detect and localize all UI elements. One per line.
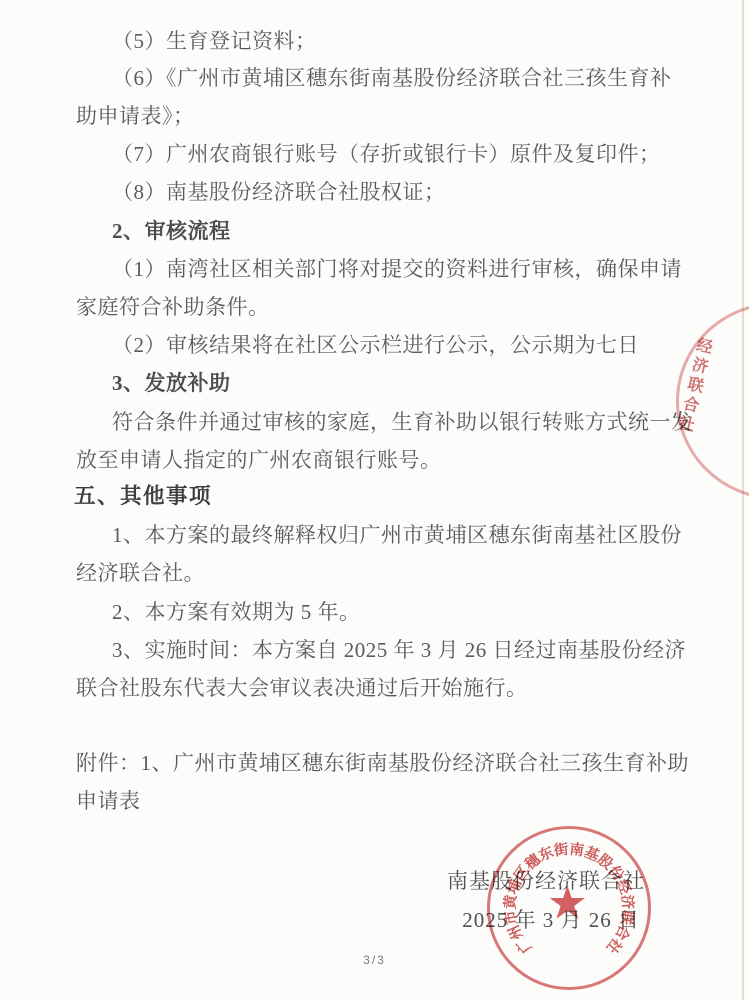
doc-line: （5）生育登记资料； [112,27,317,55]
doc-line: 2、本方案有效期为 5 年。 [112,598,361,626]
doc-line: 3、实施时间：本方案自 2025 年 3 月 26 日经过南基股份经济 [112,636,686,664]
page-number: 3/3 [0,953,749,967]
doc-subheading: 2、审核流程 [112,217,231,245]
doc-subheading: 3、发放补助 [112,369,231,397]
document-page: （5）生育登记资料； （6）《广州市黄埔区穗东街南基股份经济联合社三孩生育补 助… [0,0,749,1000]
doc-attachment-line: 申请表 [76,787,141,815]
official-seal: 广州市黄埔区穗东街南基股份经济联合社 ★ [487,826,651,990]
doc-line: （1）南湾社区相关部门将对提交的资料进行审核，确保申请 [112,255,682,283]
doc-attachment-line: 附件：1、广州市黄埔区穗东街南基股份经济联合社三孩生育补助 [76,749,689,777]
star-icon: ★ [547,880,588,926]
doc-line: 放至申请人指定的广州农商银行账号。 [76,446,442,474]
doc-line: 1、本方案的最终解释权归广州市黄埔区穗东街南基社区股份 [112,521,682,549]
doc-line: （7）广州农商银行账号（存折或银行卡）原件及复印件； [112,140,661,168]
doc-line: 经济联合社。 [76,559,205,587]
doc-line: （6）《广州市黄埔区穗东街南基股份经济联合社三孩生育补 [112,64,672,92]
doc-line: （2）审核结果将在社区公示栏进行公示，公示期为七日 [112,331,639,359]
doc-section-heading: 五、其他事项 [74,482,212,510]
doc-line: 家庭符合补助条件。 [76,293,270,321]
scan-artifact-line [742,0,744,1000]
doc-line: （8）南基股份经济联合社股权证； [112,178,446,206]
doc-line: 符合条件并通过审核的家庭，生育补助以银行转账方式统一发 [112,408,693,436]
doc-line: 助申请表》； [76,102,195,130]
doc-line: 联合社股东代表大会审议表决通过后开始施行。 [76,674,528,702]
